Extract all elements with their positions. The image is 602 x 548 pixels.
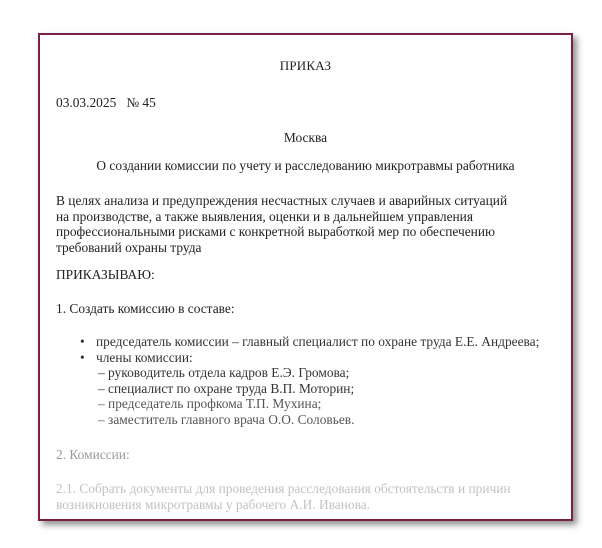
commission-list: • председатель комиссии – главный специа… xyxy=(74,334,539,428)
document-title: ПРИКАЗ xyxy=(40,58,571,74)
item-2-1-line: возникновения микротравмы у рабочего А.И… xyxy=(56,497,511,513)
list-item-text: члены комиссии: xyxy=(96,350,193,365)
preamble-line: В целях анализа и предупреждения несчаст… xyxy=(56,193,556,209)
item-2-heading: 2. Комиссии: xyxy=(56,447,130,463)
list-item: • председатель комиссии – главный специа… xyxy=(74,334,539,350)
item-2-1-line: 2.1. Собрать документы для проведения ра… xyxy=(56,481,511,497)
document-city: Москва xyxy=(40,130,571,146)
member-item: – председатель профкома Т.П. Мухина; xyxy=(98,396,539,412)
bullet-icon: • xyxy=(80,350,85,366)
document-subject: О создании комиссии по учету и расследов… xyxy=(40,158,571,174)
document-page: ПРИКАЗ 03.03.2025 № 45 Москва О создании… xyxy=(38,33,573,521)
list-item: • члены комиссии: xyxy=(74,350,539,366)
document-date: 03.03.2025 xyxy=(56,95,116,110)
member-item: – руководитель отдела кадров Е.Э. Громов… xyxy=(98,365,539,381)
document-number: № 45 xyxy=(126,95,156,110)
item-2-1-paragraph: 2.1. Собрать документы для проведения ра… xyxy=(56,481,511,512)
order-word: ПРИКАЗЫВАЮ: xyxy=(56,267,155,283)
preamble-line: на производстве, а также выявления, оцен… xyxy=(56,209,556,225)
member-item: – специалист по охране труда В.П. Мотори… xyxy=(98,381,539,397)
document-date-number: 03.03.2025 № 45 xyxy=(56,95,156,111)
members-list: – руководитель отдела кадров Е.Э. Громов… xyxy=(74,365,539,427)
member-item: – заместитель главного врача О.О. Соловь… xyxy=(98,412,539,428)
preamble-paragraph: В целях анализа и предупреждения несчаст… xyxy=(56,193,556,255)
bullet-icon: • xyxy=(80,334,85,350)
list-item-text: председатель комиссии – главный специали… xyxy=(96,334,539,349)
preamble-line: профессиональными рисками с конкретной в… xyxy=(56,224,556,240)
item-1-heading: 1. Создать комиссию в составе: xyxy=(56,301,235,317)
preamble-line: требований охраны труда xyxy=(56,240,556,256)
